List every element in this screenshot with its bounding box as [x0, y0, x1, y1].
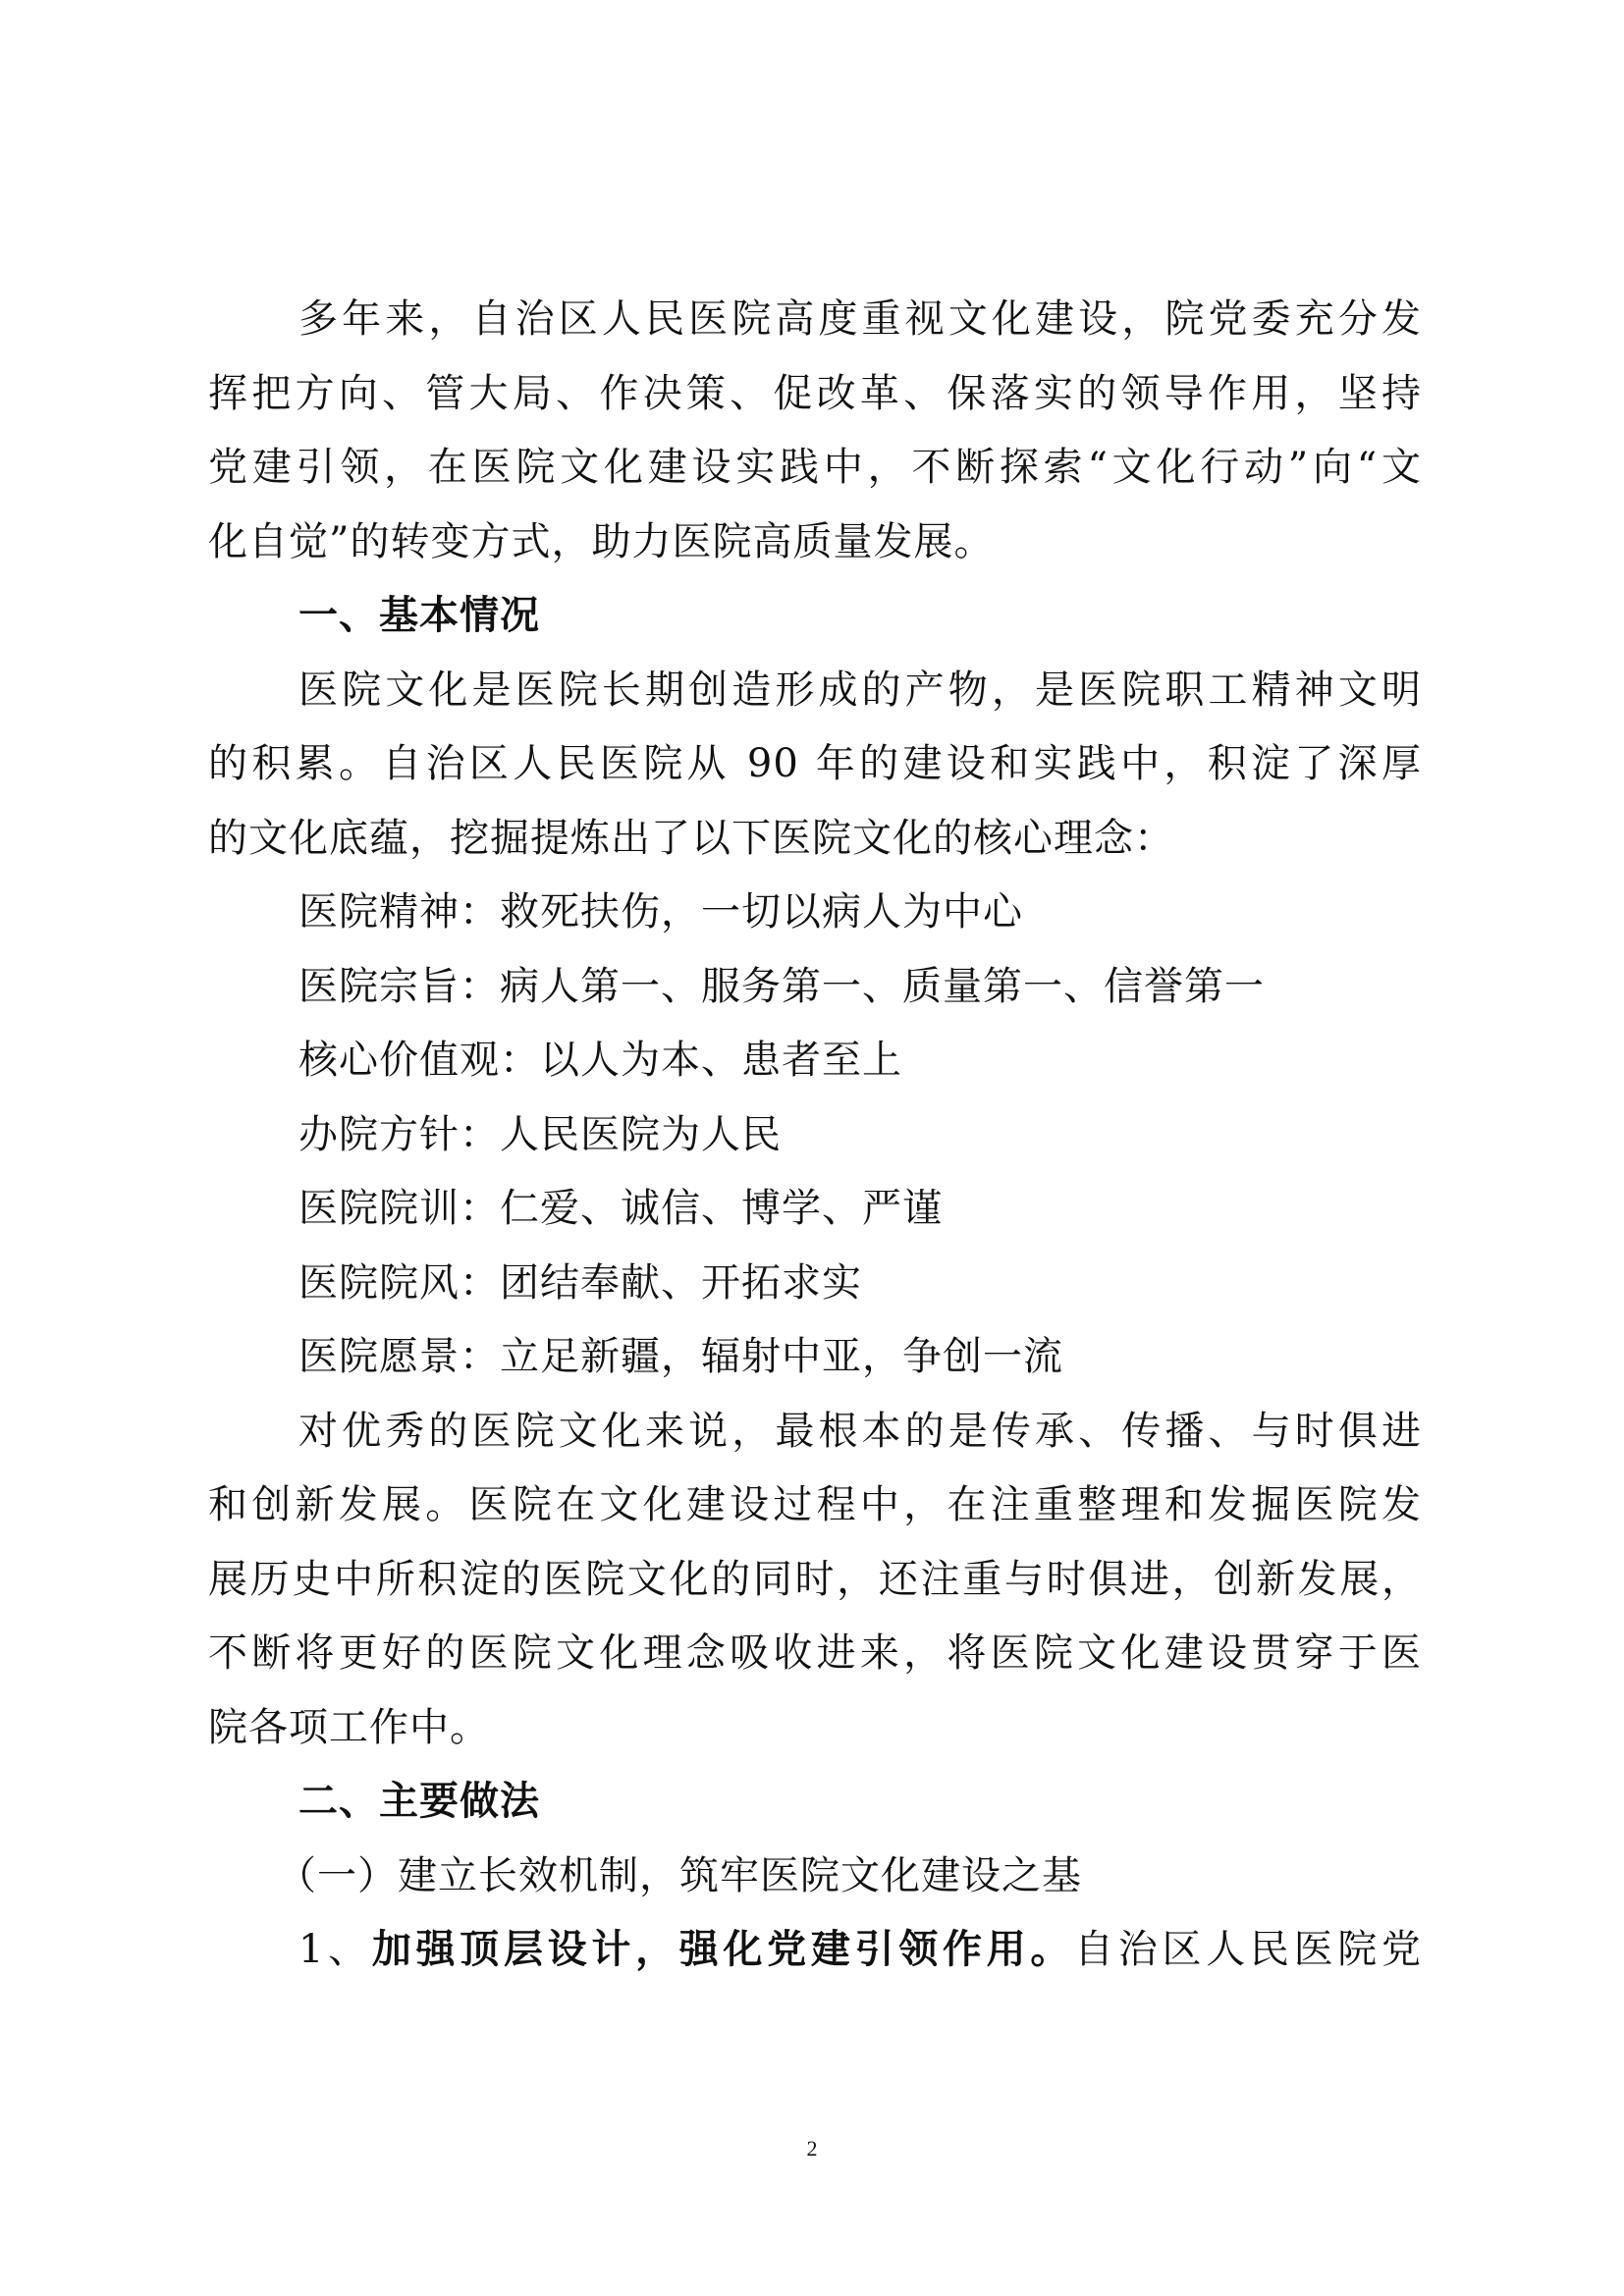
- concept-value: 人民医院为人民: [500, 1112, 782, 1157]
- page-number: 2: [0, 2136, 1624, 2162]
- concept-label: 医院精神：: [298, 889, 500, 934]
- subsection-heading-1: （一）建立长效机制，筑牢医院文化建设之基: [208, 1840, 1422, 1914]
- document-page: 多年来，自治区人民医院高度重视文化建设，院党委充分发 挥把方向、管大局、作决策、…: [208, 283, 1422, 1988]
- section1-para1-line-2: 的积累。自治区人民医院从 90 年的建设和实践中，积淀了深厚: [208, 727, 1422, 802]
- item-number: 1、: [298, 1927, 372, 1972]
- concept-vision: 医院愿景：立足新疆，辐射中亚，争创一流: [208, 1320, 1422, 1395]
- section1-para2-line-2: 和创新发展。医院在文化建设过程中，在注重整理和发掘医院发: [208, 1468, 1422, 1543]
- concept-value: 病人第一、服务第一、质量第一、信誉第一: [500, 964, 1265, 1009]
- item-bold-lead: 加强顶层设计，强化党建引领作用。: [372, 1927, 1074, 1972]
- item-1-line: 1、加强顶层设计，强化党建引领作用。自治区人民医院党: [208, 1913, 1422, 1988]
- concept-guideline: 办院方针：人民医院为人民: [208, 1098, 1422, 1173]
- concept-core-values: 核心价值观：以人为本、患者至上: [208, 1024, 1422, 1098]
- section-heading-main-practices: 二、主要做法: [208, 1765, 1422, 1840]
- concept-value: 仁爱、诚信、博学、严谨: [500, 1186, 943, 1231]
- intro-line-1: 多年来，自治区人民医院高度重视文化建设，院党委充分发: [208, 283, 1422, 357]
- intro-line-2: 挥把方向、管大局、作决策、促改革、保落实的领导作用，坚持: [208, 357, 1422, 432]
- section1-para2-line-1: 对优秀的医院文化来说，最根本的是传承、传播、与时俱进: [208, 1395, 1422, 1469]
- item-text: 自治区人民医院党: [1074, 1927, 1422, 1972]
- concept-hospital-spirit: 医院精神：救死扶伤，一切以病人为中心: [208, 876, 1422, 950]
- intro-line-4: 化自觉”的转变方式，助力医院高质量发展。: [208, 506, 1422, 580]
- concept-hospital-purpose: 医院宗旨：病人第一、服务第一、质量第一、信誉第一: [208, 950, 1422, 1025]
- concept-label: 医院愿景：: [298, 1334, 500, 1379]
- section1-para2-line-5: 院各项工作中。: [208, 1691, 1422, 1766]
- concept-label: 医院院风：: [298, 1260, 500, 1306]
- concept-value: 以人为本、患者至上: [540, 1038, 902, 1083]
- concept-style: 医院院风：团结奉献、开拓求实: [208, 1247, 1422, 1321]
- concept-label: 办院方针：: [298, 1112, 500, 1157]
- section1-para2-line-3: 展历史中所积淀的医院文化的同时，还注重与时俱进，创新发展，: [208, 1543, 1422, 1618]
- section1-para2-line-4: 不断将更好的医院文化理念吸收进来，将医院文化建设贯穿于医: [208, 1617, 1422, 1691]
- concept-value: 立足新疆，辐射中亚，争创一流: [500, 1334, 1063, 1379]
- section-heading-basic-situation: 一、基本情况: [208, 579, 1422, 654]
- concept-motto: 医院院训：仁爱、诚信、博学、严谨: [208, 1172, 1422, 1247]
- section1-para1-line-3: 的文化底蕴，挖掘提炼出了以下医院文化的核心理念：: [208, 802, 1422, 877]
- section1-para1-line-1: 医院文化是医院长期创造形成的产物，是医院职工精神文明: [208, 654, 1422, 728]
- concept-value: 团结奉献、开拓求实: [500, 1260, 862, 1306]
- intro-line-3: 党建引领，在医院文化建设实践中，不断探索“文化行动”向“文: [208, 431, 1422, 506]
- concept-value: 救死扶伤，一切以病人为中心: [500, 889, 1023, 934]
- concept-label: 医院宗旨：: [298, 964, 500, 1009]
- concept-label: 医院院训：: [298, 1186, 500, 1231]
- concept-label: 核心价值观：: [298, 1038, 540, 1083]
